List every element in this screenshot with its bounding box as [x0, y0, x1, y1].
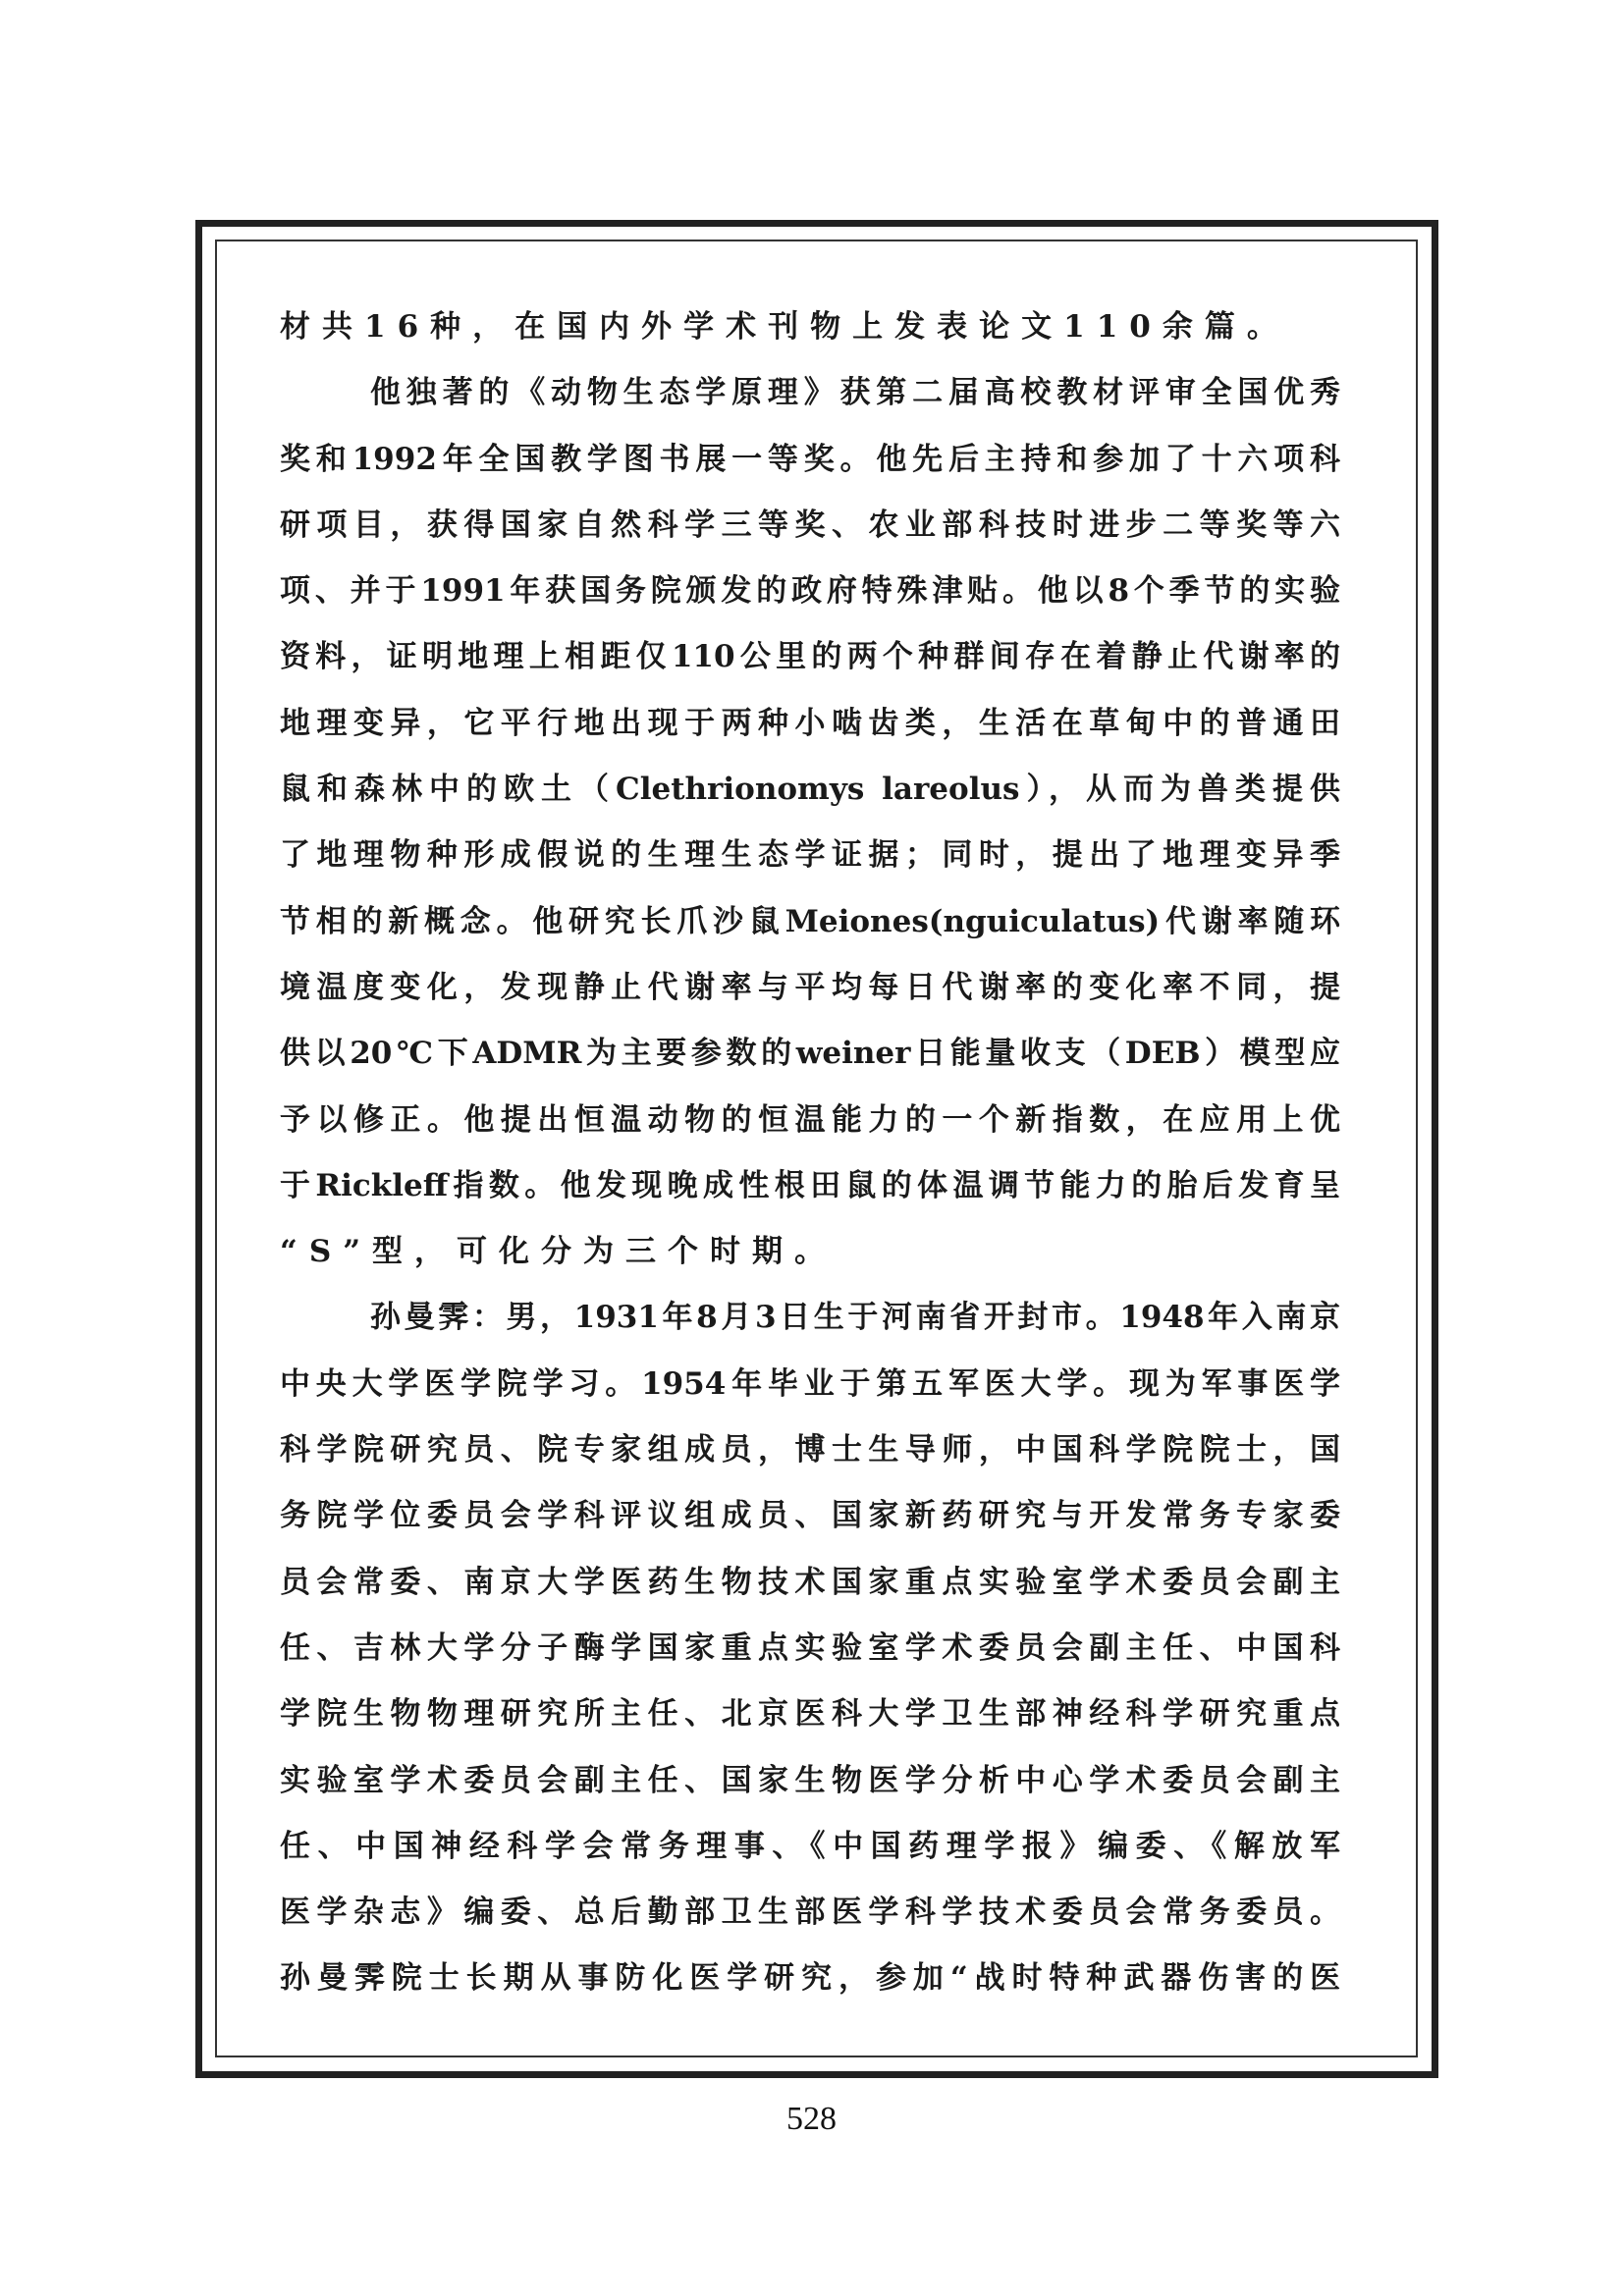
text-line: 奖和1992年全国教学图书展一等奖。他先后主持和参加了十六项科: [280, 437, 1340, 503]
text-line: 了地理物种形成假说的生理生态学证据；同时，提出了地理变异季: [280, 832, 1340, 898]
text-line: 务院学位委员会学科评议组成员、国家新药研究与开发常务专家委: [280, 1493, 1340, 1559]
text-line-content: 供以20℃下ADMR为主要参数的weiner日能量收支（DEB）模型应: [280, 1031, 1340, 1076]
text-line: 境温度变化，发现静止代谢率与平均每日代谢率的变化率不同，提: [280, 965, 1340, 1031]
text-line-content: 孙曼霁：男，1931年8月3日生于河南省开封市。1948年入南京: [370, 1295, 1340, 1340]
text-line-content: “S”型，可化分为三个时期。: [280, 1229, 1340, 1274]
text-line: 学院生物物理研究所主任、北京医科大学卫生部神经科学研究重点: [280, 1691, 1340, 1757]
text-line: 医学杂志》编委、总后勤部卫生部医学科学技术委员会常务委员。: [280, 1890, 1340, 1955]
text-line: 项、并于1991年获国务院颁发的政府特殊津贴。他以8个季节的实验: [280, 568, 1340, 634]
text-line-content: 材共16种，在国内外学术刊物上发表论文110余篇。: [280, 304, 1340, 349]
text-line-content: 医学杂志》编委、总后勤部卫生部医学科学技术委员会常务委员。: [280, 1890, 1340, 1935]
text-line: 予以修正。他提出恒温动物的恒温能力的一个新指数，在应用上优: [280, 1097, 1340, 1163]
text-line: 实验室学术委员会副主任、国家生物医学分析中心学术委员会副主: [280, 1758, 1340, 1824]
text-line: 节相的新概念。他研究长爪沙鼠Meiones(nguiculatus)代谢率随环: [280, 899, 1340, 965]
page-number: 528: [0, 2101, 1623, 2138]
text-line: 任、中国神经科学会常务理事、《中国药理学报》编委、《解放军: [280, 1824, 1340, 1890]
text-line-content: 他独著的《动物生态学原理》获第二届高校教材评审全国优秀: [370, 370, 1340, 415]
body-text: 材共16种，在国内外学术刊物上发表论文110余篇。 他独著的《动物生态学原理》获…: [280, 304, 1340, 2022]
text-line-content: 于Rickleff指数。他发现晚成性根田鼠的体温调节能力的胎后发育呈: [280, 1163, 1340, 1208]
text-line-content: 学院生物物理研究所主任、北京医科大学卫生部神经科学研究重点: [280, 1691, 1340, 1736]
text-line: 孙曼霁院士长期从事防化医学研究，参加“战时特种武器伤害的医: [280, 1955, 1340, 2021]
text-line-content: 任、中国神经科学会常务理事、《中国药理学报》编委、《解放军: [280, 1824, 1340, 1869]
text-line-content: 孙曼霁院士长期从事防化医学研究，参加“战时特种武器伤害的医: [280, 1955, 1340, 2001]
text-line: 任、吉林大学分子酶学国家重点实验室学术委员会副主任、中国科: [280, 1626, 1340, 1691]
text-line: 于Rickleff指数。他发现晚成性根田鼠的体温调节能力的胎后发育呈: [280, 1163, 1340, 1229]
text-line: 中央大学医学院学习。1954年毕业于第五军医大学。现为军事医学: [280, 1362, 1340, 1427]
text-line-content: 实验室学术委员会副主任、国家生物医学分析中心学术委员会副主: [280, 1758, 1340, 1803]
text-line-content: 奖和1992年全国教学图书展一等奖。他先后主持和参加了十六项科: [280, 437, 1340, 482]
text-line: 孙曼霁：男，1931年8月3日生于河南省开封市。1948年入南京: [280, 1295, 1340, 1361]
text-line-content: 项、并于1991年获国务院颁发的政府特殊津贴。他以8个季节的实验: [280, 568, 1340, 614]
text-line-content: 境温度变化，发现静止代谢率与平均每日代谢率的变化率不同，提: [280, 965, 1340, 1010]
text-line: 研项目，获得国家自然科学三等奖、农业部科技时进步二等奖等六: [280, 503, 1340, 568]
text-line-content: 予以修正。他提出恒温动物的恒温能力的一个新指数，在应用上优: [280, 1097, 1340, 1143]
text-line: 鼠和森林中的欧土（Clethrionomys lareolus），从而为兽类提供: [280, 767, 1340, 832]
text-line-content: 研项目，获得国家自然科学三等奖、农业部科技时进步二等奖等六: [280, 503, 1340, 548]
text-line-content: 员会常委、南京大学医药生物技术国家重点实验室学术委员会副主: [280, 1560, 1340, 1605]
text-line-content: 任、吉林大学分子酶学国家重点实验室学术委员会副主任、中国科: [280, 1626, 1340, 1671]
text-line: 员会常委、南京大学医药生物技术国家重点实验室学术委员会副主: [280, 1560, 1340, 1626]
text-line-content: 科学院研究员、院专家组成员，博士生导师，中国科学院院士，国: [280, 1427, 1340, 1472]
text-line: 供以20℃下ADMR为主要参数的weiner日能量收支（DEB）模型应: [280, 1031, 1340, 1096]
text-line-content: 中央大学医学院学习。1954年毕业于第五军医大学。现为军事医学: [280, 1362, 1340, 1407]
text-line: 材共16种，在国内外学术刊物上发表论文110余篇。: [280, 304, 1340, 370]
text-line: 资料，证明地理上相距仅110公里的两个种群间存在着静止代谢率的: [280, 634, 1340, 700]
text-line: 地理变异，它平行地出现于两种小啮齿类，生活在草甸中的普通田: [280, 701, 1340, 767]
text-line-content: 地理变异，它平行地出现于两种小啮齿类，生活在草甸中的普通田: [280, 701, 1340, 746]
text-line: “S”型，可化分为三个时期。: [280, 1229, 1340, 1295]
text-line-content: 资料，证明地理上相距仅110公里的两个种群间存在着静止代谢率的: [280, 634, 1340, 679]
text-line: 科学院研究员、院专家组成员，博士生导师，中国科学院院士，国: [280, 1427, 1340, 1493]
text-line-content: 务院学位委员会学科评议组成员、国家新药研究与开发常务专家委: [280, 1493, 1340, 1538]
text-line: 他独著的《动物生态学原理》获第二届高校教材评审全国优秀: [280, 370, 1340, 436]
text-line-content: 鼠和森林中的欧土（Clethrionomys lareolus），从而为兽类提供: [280, 767, 1340, 812]
text-line-content: 了地理物种形成假说的生理生态学证据；同时，提出了地理变异季: [280, 832, 1340, 878]
text-line-content: 节相的新概念。他研究长爪沙鼠Meiones(nguiculatus)代谢率随环: [280, 899, 1340, 944]
